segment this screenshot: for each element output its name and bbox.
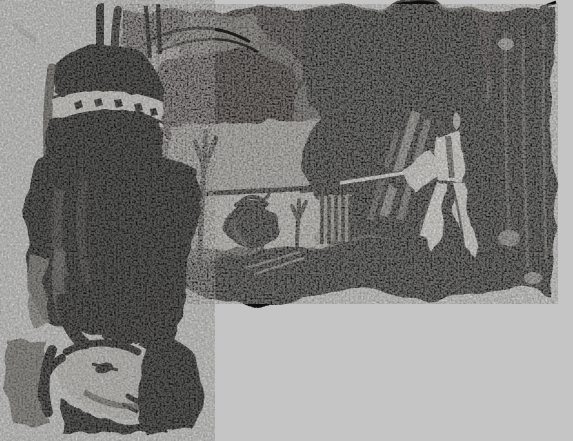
figure-grain-light [0, 0, 215, 441]
ink-wash-drawing [0, 0, 573, 441]
illustration-canvas [0, 0, 573, 441]
